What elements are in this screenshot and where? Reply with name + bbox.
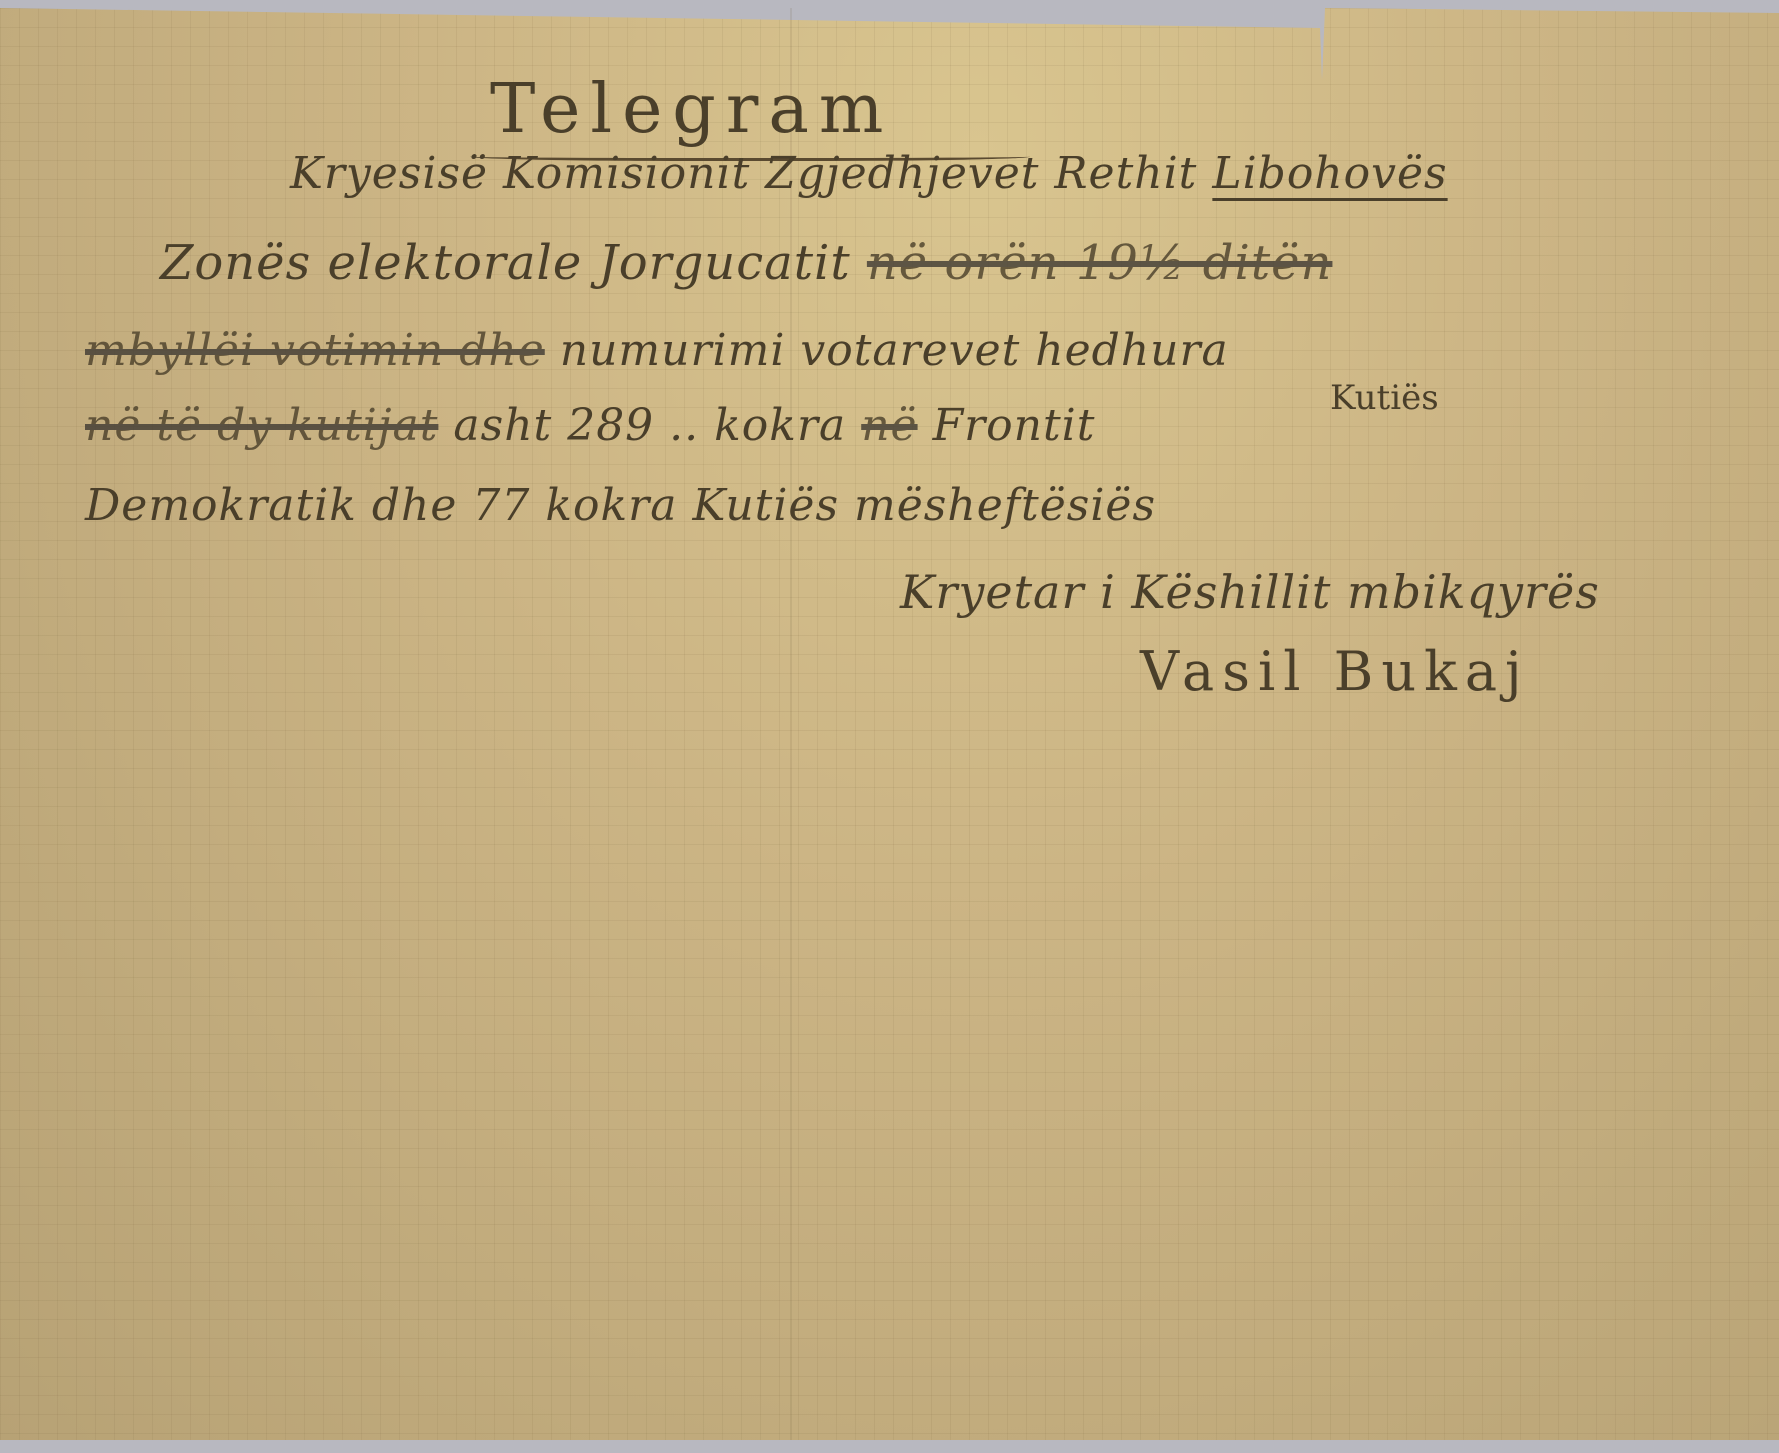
signature-role: Kryetar i Këshillit mbikqyrës [900,565,1600,619]
line-addressee: Kryesisë Komisionit Zgjedhjevet Rethit L… [290,148,1448,199]
line-4-struck-b: në [861,400,917,451]
document-title: Telegram [490,70,893,149]
line-zone: Zonës elektorale Jorgucatit në orën 19½ … [160,235,1332,291]
line-3-struck: mbyllëi votimin dhe [85,325,545,376]
line-count: mbyllëi votimin dhe numurimi votarevet h… [85,325,1229,376]
line-1-text: Kryesisë Komisionit Zgjedhjevet Rethit [290,148,1212,199]
line-5-text-a: Demokratik dhe 77 kokra [85,480,692,531]
line-2-struck: në orën 19½ ditën [867,235,1333,291]
line-result-secret: Demokratik dhe 77 kokra Kutiës mësheftës… [85,480,1156,531]
line-1-underlined: Libohovës [1212,148,1447,199]
line-5-overwritten: Kutiës [692,480,839,531]
line-4-struck-a: në të dy kutijat [85,400,438,451]
line-5-text-b: mësheftësiës [839,480,1156,531]
line-result-front: në të dy kutijat asht 289 .. kokra në Fr… [85,400,1095,451]
line-3-text: numurimi votarevet hedhura [545,325,1229,376]
line-4-text-b: Frontit [918,400,1096,451]
paper-sheet [0,8,1779,1440]
insertion-above-line-4: Kutiës [1330,378,1439,418]
signature-name: Vasil Bukaj [1140,640,1530,703]
line-2-text: Zonës elektorale Jorgucatit [160,235,867,291]
paper-fold [790,8,792,1440]
line-4-text-a: asht 289 .. kokra [438,400,861,451]
